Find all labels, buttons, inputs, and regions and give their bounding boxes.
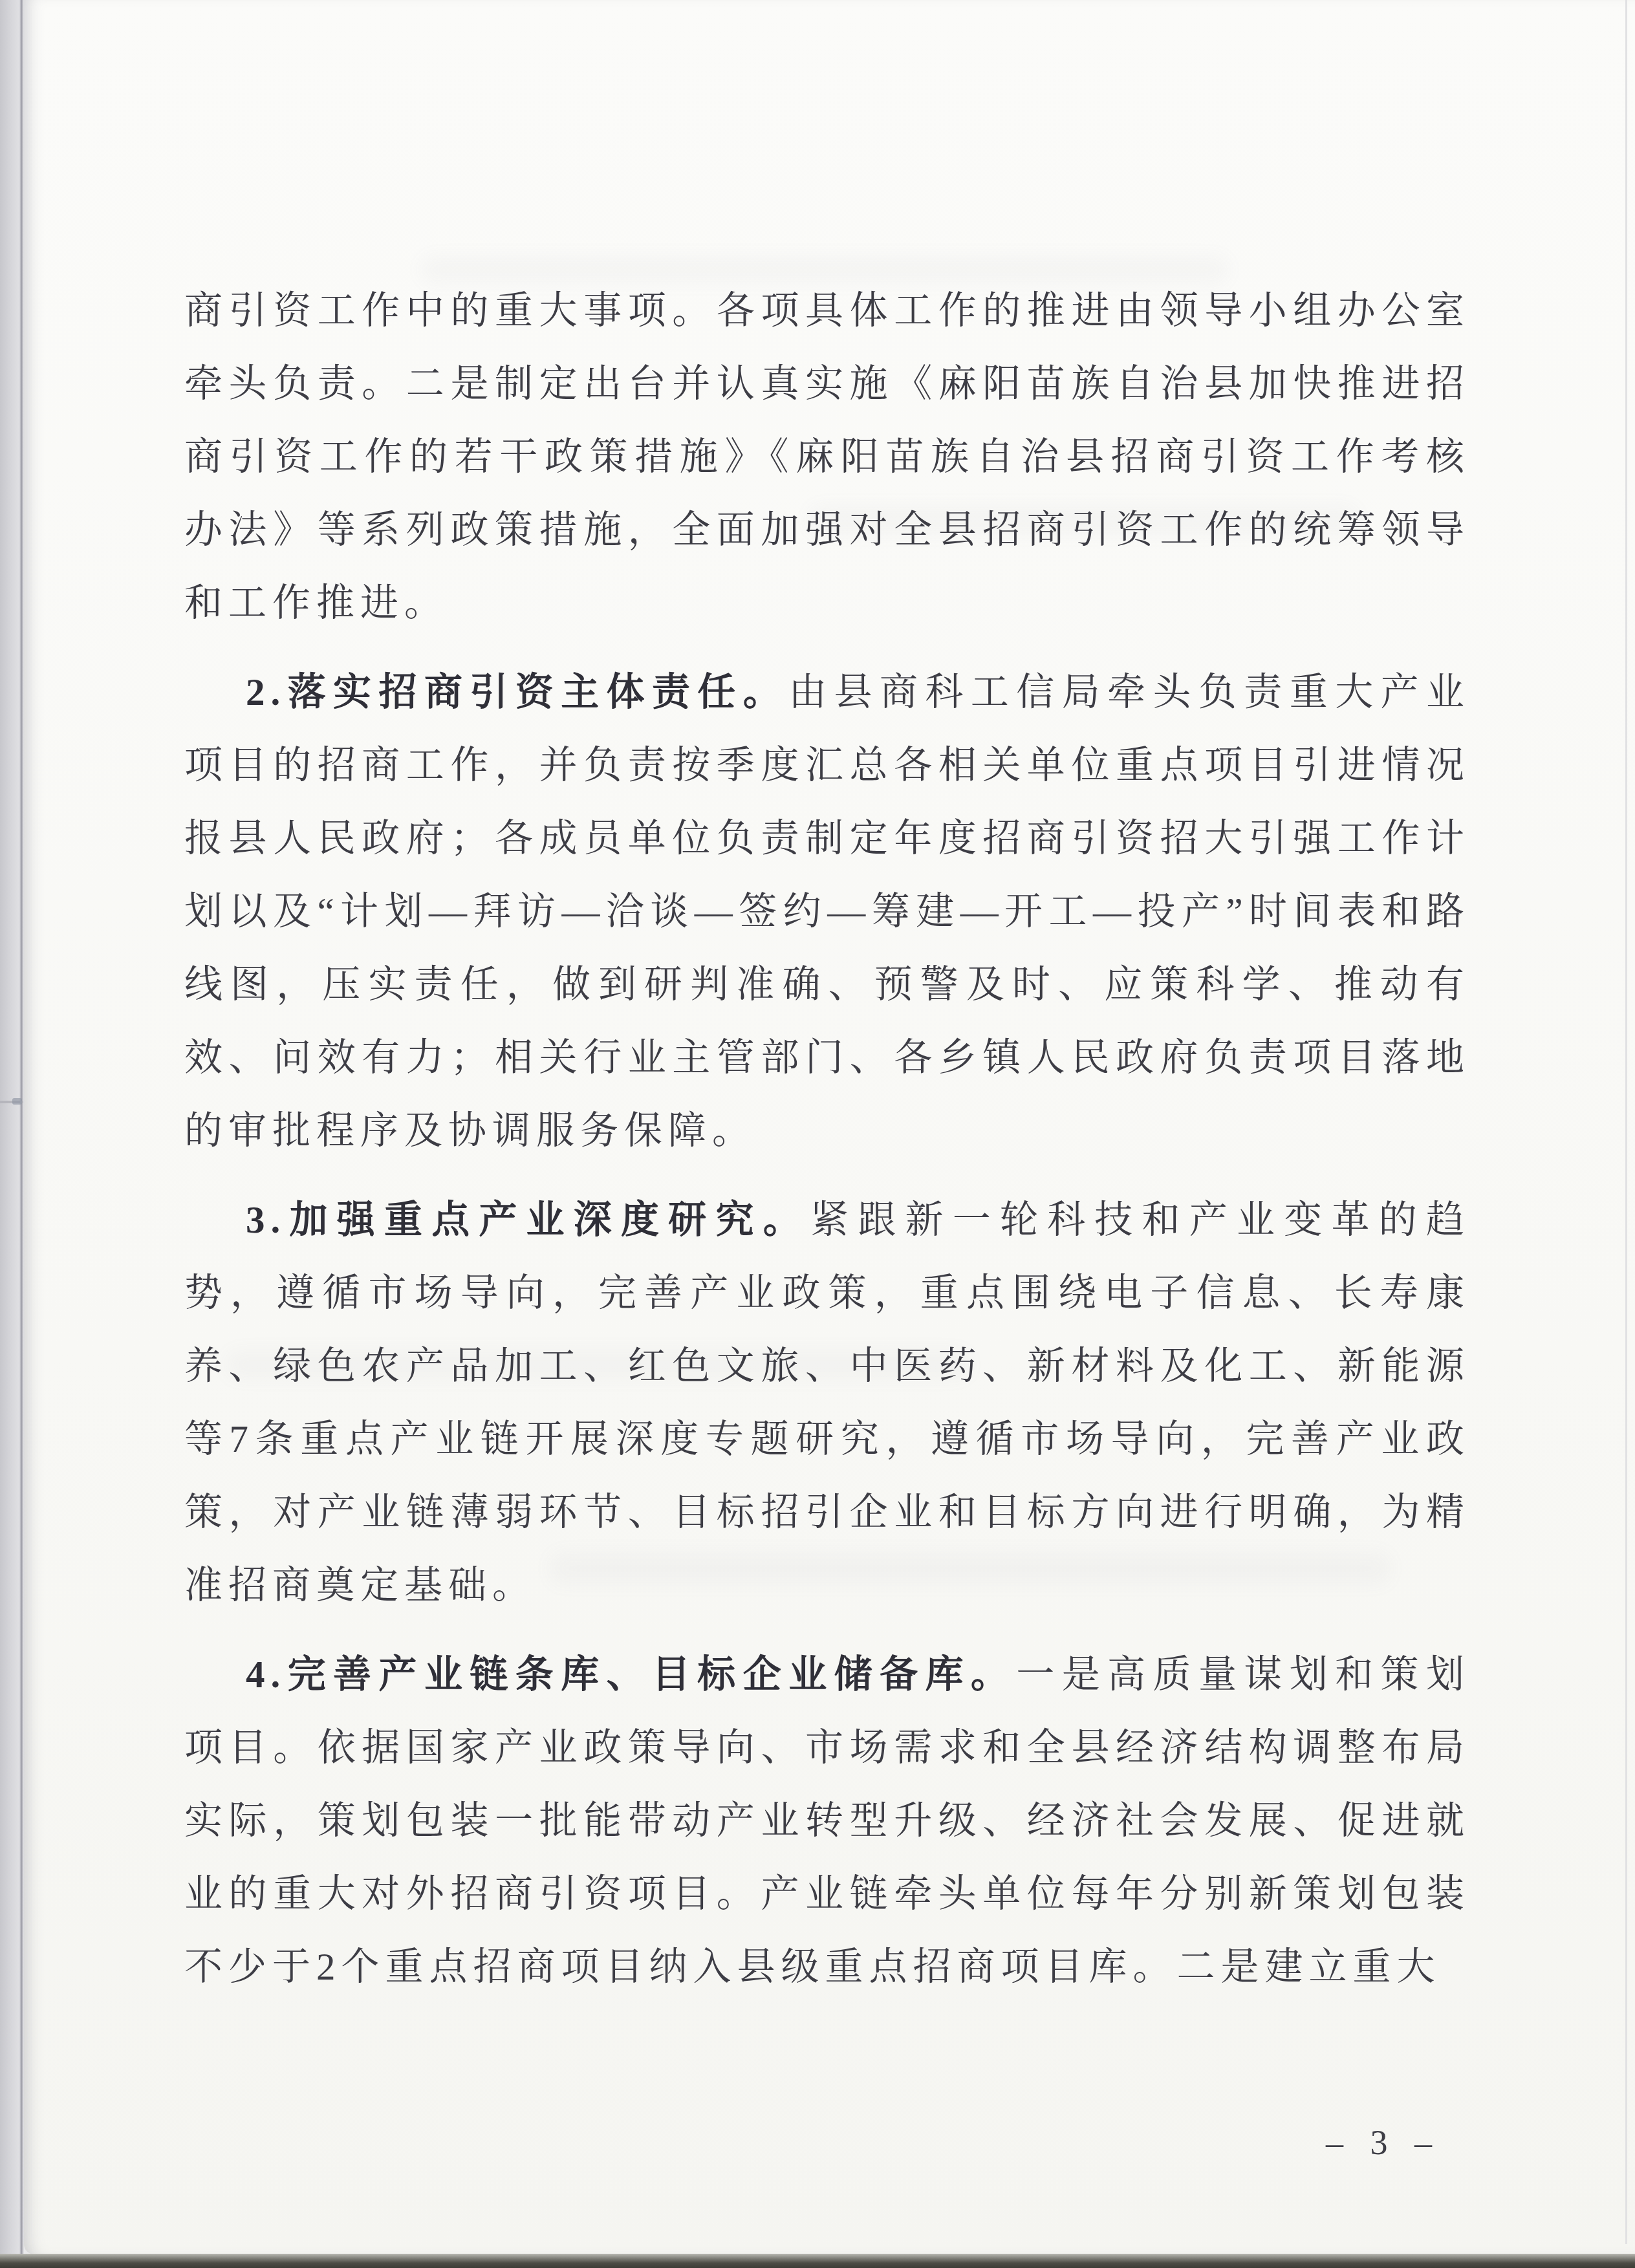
- paragraph-3: 3.加强重点产业深度研究。紧跟新一轮科技和产业变革的趋势，遵循市场导向，完善产业…: [184, 1183, 1470, 1622]
- page-number: – 3 –: [1326, 2122, 1441, 2163]
- paragraph-4-lead: 4.完善产业链条库、目标企业储备库。: [246, 1653, 1016, 1696]
- scan-left-margin: [0, 0, 22, 2268]
- paragraph-1: 商引资工作中的重大事项。各项具体工作的推进由领导小组办公室牵头负责。二是制定出台…: [184, 274, 1470, 640]
- paragraph-2-text: 由县商科工信局牵头负责重大产业项目的招商工作，并负责按季度汇总各相关单位重点项目…: [184, 671, 1470, 1152]
- paragraph-3-lead: 3.加强重点产业深度研究。: [246, 1198, 810, 1241]
- scan-bottom-edge: [0, 2254, 1635, 2268]
- paragraph-4-text: 一是高质量谋划和策划项目。依据国家产业政策导向、市场需求和全县经济结构调整布局实…: [184, 1653, 1470, 1988]
- paragraph-1-text: 商引资工作中的重大事项。各项具体工作的推进由领导小组办公室牵头负责。二是制定出台…: [184, 289, 1470, 624]
- paragraph-2: 2.落实招商引资主体责任。由县商科工信局牵头负责重大产业项目的招商工作，并负责按…: [184, 656, 1470, 1167]
- paragraph-3-text: 紧跟新一轮科技和产业变革的趋势，遵循市场导向，完善产业政策，重点围绕电子信息、长…: [184, 1198, 1470, 1606]
- document-body-text: 商引资工作中的重大事项。各项具体工作的推进由领导小组办公室牵头负责。二是制定出台…: [184, 274, 1470, 2020]
- page-edge-shadow: [19, 0, 24, 2268]
- right-fold-line: [1625, 0, 1627, 2244]
- scanned-document-page: { "document": { "ink_color": "#3d3d45", …: [0, 0, 1635, 2268]
- edge-mark: [12, 1098, 22, 1105]
- paragraph-2-lead: 2.落实招商引资主体责任。: [246, 671, 788, 713]
- paragraph-4: 4.完善产业链条库、目标企业储备库。一是高质量谋划和策划项目。依据国家产业政策导…: [184, 1638, 1470, 2003]
